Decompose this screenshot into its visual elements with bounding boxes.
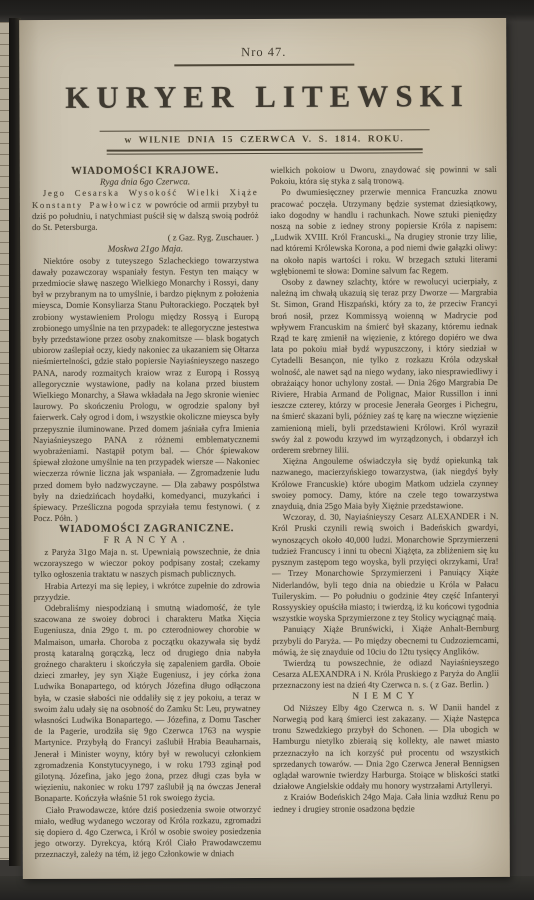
right-column: wielkich pokoiow u Dworu, znaydować się … <box>270 164 500 860</box>
dateline-text: w WILNIE DNIA 15 CZERWCA V. S. 1814. ROK… <box>32 134 497 146</box>
scan-background: Nro 47. KURYER LITEWSKI w WILNIE DNIA 15… <box>0 0 534 900</box>
paragraph-continued: wielkich pokoiow u Dworu, znaydować się … <box>270 164 497 187</box>
paragraph: Po dwumiesięczney przerwie mennica Franc… <box>270 186 497 277</box>
paragraph: Od Niższey Elby 4go Czerwca n. s. W Dani… <box>273 702 500 793</box>
issue-number-divider <box>174 64 354 66</box>
article-columns: WIADOMOŚCI KRAJOWE. Ryga dnia 6go Czerwc… <box>32 164 500 861</box>
masthead-title: KURYER LITEWSKI <box>31 78 496 116</box>
section-heading-foreign-news: WIADOMOŚCI ZAGRANICZNE. <box>33 524 260 536</box>
paragraph: Panuiący Xiąże Brunświcki, i Xiąże Anhal… <box>272 623 499 658</box>
paragraph: z Paryża 31go Maja n. st. Upewniaią pows… <box>33 546 260 581</box>
source-attribution: ( z Gaz. Ryg. Zuschauer. ) <box>32 232 259 244</box>
paragraph: z Kraiów Bodeńskich 24go Maja. Cała lini… <box>273 791 500 814</box>
paragraph: Odebraliśmy niespodzianą i smutną wiadom… <box>34 602 261 805</box>
paragraph: Ciało Prawodawcze, które dziś posiedzeni… <box>35 804 262 861</box>
dateline-top-rule <box>99 129 429 132</box>
paragraph: Xiężna Angouleme oświadczyła się bydź op… <box>272 455 499 512</box>
paragraph: Osoby z dawney szlachty, które w rewoluc… <box>271 276 498 456</box>
paragraph: Wczoray, d. 30, Nayiaśnieyszy Cesarz ALE… <box>272 511 499 624</box>
paragraph: Jego Cesarska Wysokość Wielki Xiąże Kons… <box>32 187 259 233</box>
paragraph: Hrabia Artezyi ma się lepiey, i wkrótce … <box>34 580 261 603</box>
issue-number: Nro 47. <box>31 44 496 61</box>
dateline-block: w WILNIE DNIA 15 CZERWCA V. S. 1814. ROK… <box>32 129 497 155</box>
paragraph: Niektóre osoby z tuteyszego Szlacheckieg… <box>32 255 260 525</box>
paragraph: Twierdzą tu powszechnie, że odiazd Nayia… <box>272 657 499 692</box>
newspaper-page: Nro 47. KURYER LITEWSKI w WILNIE DNIA 15… <box>19 18 510 879</box>
dateline-bottom-rule <box>106 148 422 154</box>
left-column: WIADOMOŚCI KRAJOWE. Ryga dnia 6go Czerwc… <box>32 165 262 861</box>
adjacent-page-edge <box>0 22 9 860</box>
scan-bottom-edge <box>0 876 534 900</box>
